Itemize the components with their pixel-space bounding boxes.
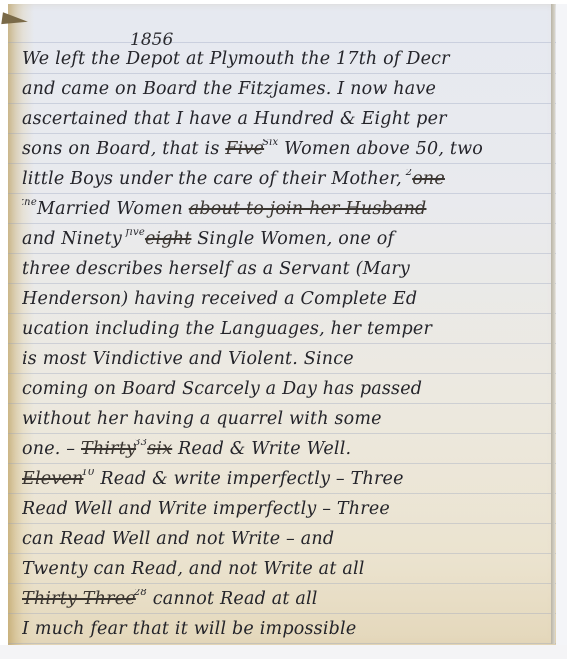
inserted-word: 2 (406, 169, 413, 178)
struck-word: Five (225, 139, 264, 159)
text-line-3: ascertained that I have a Hundred & Eigh… (22, 109, 550, 129)
struck-word: one (412, 169, 445, 189)
ruled-line (8, 553, 556, 554)
ruled-line (8, 283, 556, 284)
ruled-line (8, 463, 556, 464)
scan-margin-bottom (0, 645, 567, 659)
line-text: is most Vindictive and Violent. Since (22, 349, 354, 369)
line-text: ucation including the Languages, her tem… (22, 319, 432, 339)
ruled-line (8, 403, 556, 404)
struck-word: six (147, 439, 172, 459)
year-heading: 1856 (130, 30, 173, 50)
line-text: We left the Depot at Plymouth the 17th o… (22, 49, 450, 69)
text-line-5: little Boys under the care of their Moth… (22, 169, 550, 189)
line-text: without her having a quarrel with some (22, 409, 382, 429)
ruled-line (8, 103, 556, 104)
text-line-4: sons on Board, that is FiveSix Women abo… (22, 139, 550, 159)
ruled-line (8, 493, 556, 494)
ruled-line (8, 643, 556, 644)
line-text-rest: Read & Write Well. (172, 439, 351, 459)
scan-margin-right (556, 4, 567, 656)
text-line-9: Henderson) having received a Complete Ed (22, 289, 550, 309)
ruled-line (8, 613, 556, 614)
line-text: coming on Board Scarcely a Day has passe… (22, 379, 422, 399)
struck-phrase: about to join her Husband (189, 199, 427, 219)
line-text: I much fear that it will be impossible (22, 619, 356, 639)
ruled-line (8, 433, 556, 434)
line-text: and came on Board the Fitzjames. I now h… (22, 79, 436, 99)
ruled-line (8, 42, 556, 43)
ruled-line (8, 583, 556, 584)
text-line-7: and Ninety fiveeight Single Women, one o… (22, 229, 550, 249)
text-line-15: Eleven10 Read & write imperfectly – Thre… (22, 469, 550, 489)
struck-word: Thirty (81, 439, 136, 459)
text-line-10: ucation including the Languages, her tem… (22, 319, 550, 339)
line-text: one. – (22, 439, 75, 459)
text-line-18: Twenty can Read, and not Write at all im… (22, 559, 550, 579)
text-line-19: Thirty Three28 cannot Read at all (22, 589, 550, 609)
ruled-line (8, 373, 556, 374)
ruled-line (8, 163, 556, 164)
ruled-line (8, 223, 556, 224)
line-text: Married Women (37, 199, 183, 219)
line-text-rest: Single Women, one of (191, 229, 394, 249)
text-line-17: can Read Well and not Write – and (22, 529, 550, 549)
text-line-20: I much fear that it will be impossible (22, 619, 550, 639)
text-line-12: coming on Board Scarcely a Day has passe… (22, 379, 550, 399)
line-text: cannot Read at all (153, 589, 318, 609)
line-text: three describes herself as a Servant (Ma… (22, 259, 410, 279)
inserted-word: five (126, 229, 145, 238)
line-text: Read & write imperfectly – Three (100, 469, 403, 489)
ruled-line (8, 73, 556, 74)
ruled-line (8, 523, 556, 524)
line-text: and Ninety (22, 229, 122, 249)
text-line-11: is most Vindictive and Violent. Since (22, 349, 550, 369)
text-line-16: Read Well and Write imperfectly – Three (22, 499, 550, 519)
line-text: can Read Well and not Write – and (22, 529, 334, 549)
ruled-line (8, 133, 556, 134)
struck-phrase: Thirty Three (22, 589, 136, 609)
line-text: Twenty can Read, and not Write at all (22, 559, 365, 579)
line-text-rest: Women above 50, two (278, 139, 483, 159)
page-corner-tab-icon (1, 12, 28, 28)
struck-word: Eleven (22, 469, 83, 489)
line-text: sons on Board, that is (22, 139, 220, 159)
text-line-14: one. – Thirty33six Read & Write Well. (22, 439, 550, 459)
inserted-word: the (22, 199, 37, 208)
inserted-number: 10 (81, 469, 94, 478)
text-line-13: without her having a quarrel with some (22, 409, 550, 429)
page-edge (551, 4, 555, 644)
ruled-line (8, 343, 556, 344)
text-line-2: and came on Board the Fitzjames. I now h… (22, 79, 550, 99)
line-text: Read Well and Write imperfectly – Three (22, 499, 390, 519)
line-text: little Boys under the care of their Moth… (22, 169, 402, 189)
ruled-line (8, 313, 556, 314)
inserted-word: imperfectly (205, 559, 265, 560)
line-text: Henderson) having received a Complete Ed (22, 289, 417, 309)
inserted-word: Six (262, 139, 278, 148)
inserted-number: 33 (134, 439, 147, 448)
ruled-line (8, 193, 556, 194)
inserted-number: 28 (134, 589, 147, 598)
line-text: ascertained that I have a Hundred & Eigh… (22, 109, 447, 129)
text-line-8: three describes herself as a Servant (Ma… (22, 259, 550, 279)
text-line-1: We left the Depot at Plymouth the 17th o… (22, 49, 550, 69)
text-line-6: theMarried Women about to join her Husba… (22, 199, 550, 219)
struck-word: eight (145, 229, 191, 249)
ruled-line (8, 253, 556, 254)
